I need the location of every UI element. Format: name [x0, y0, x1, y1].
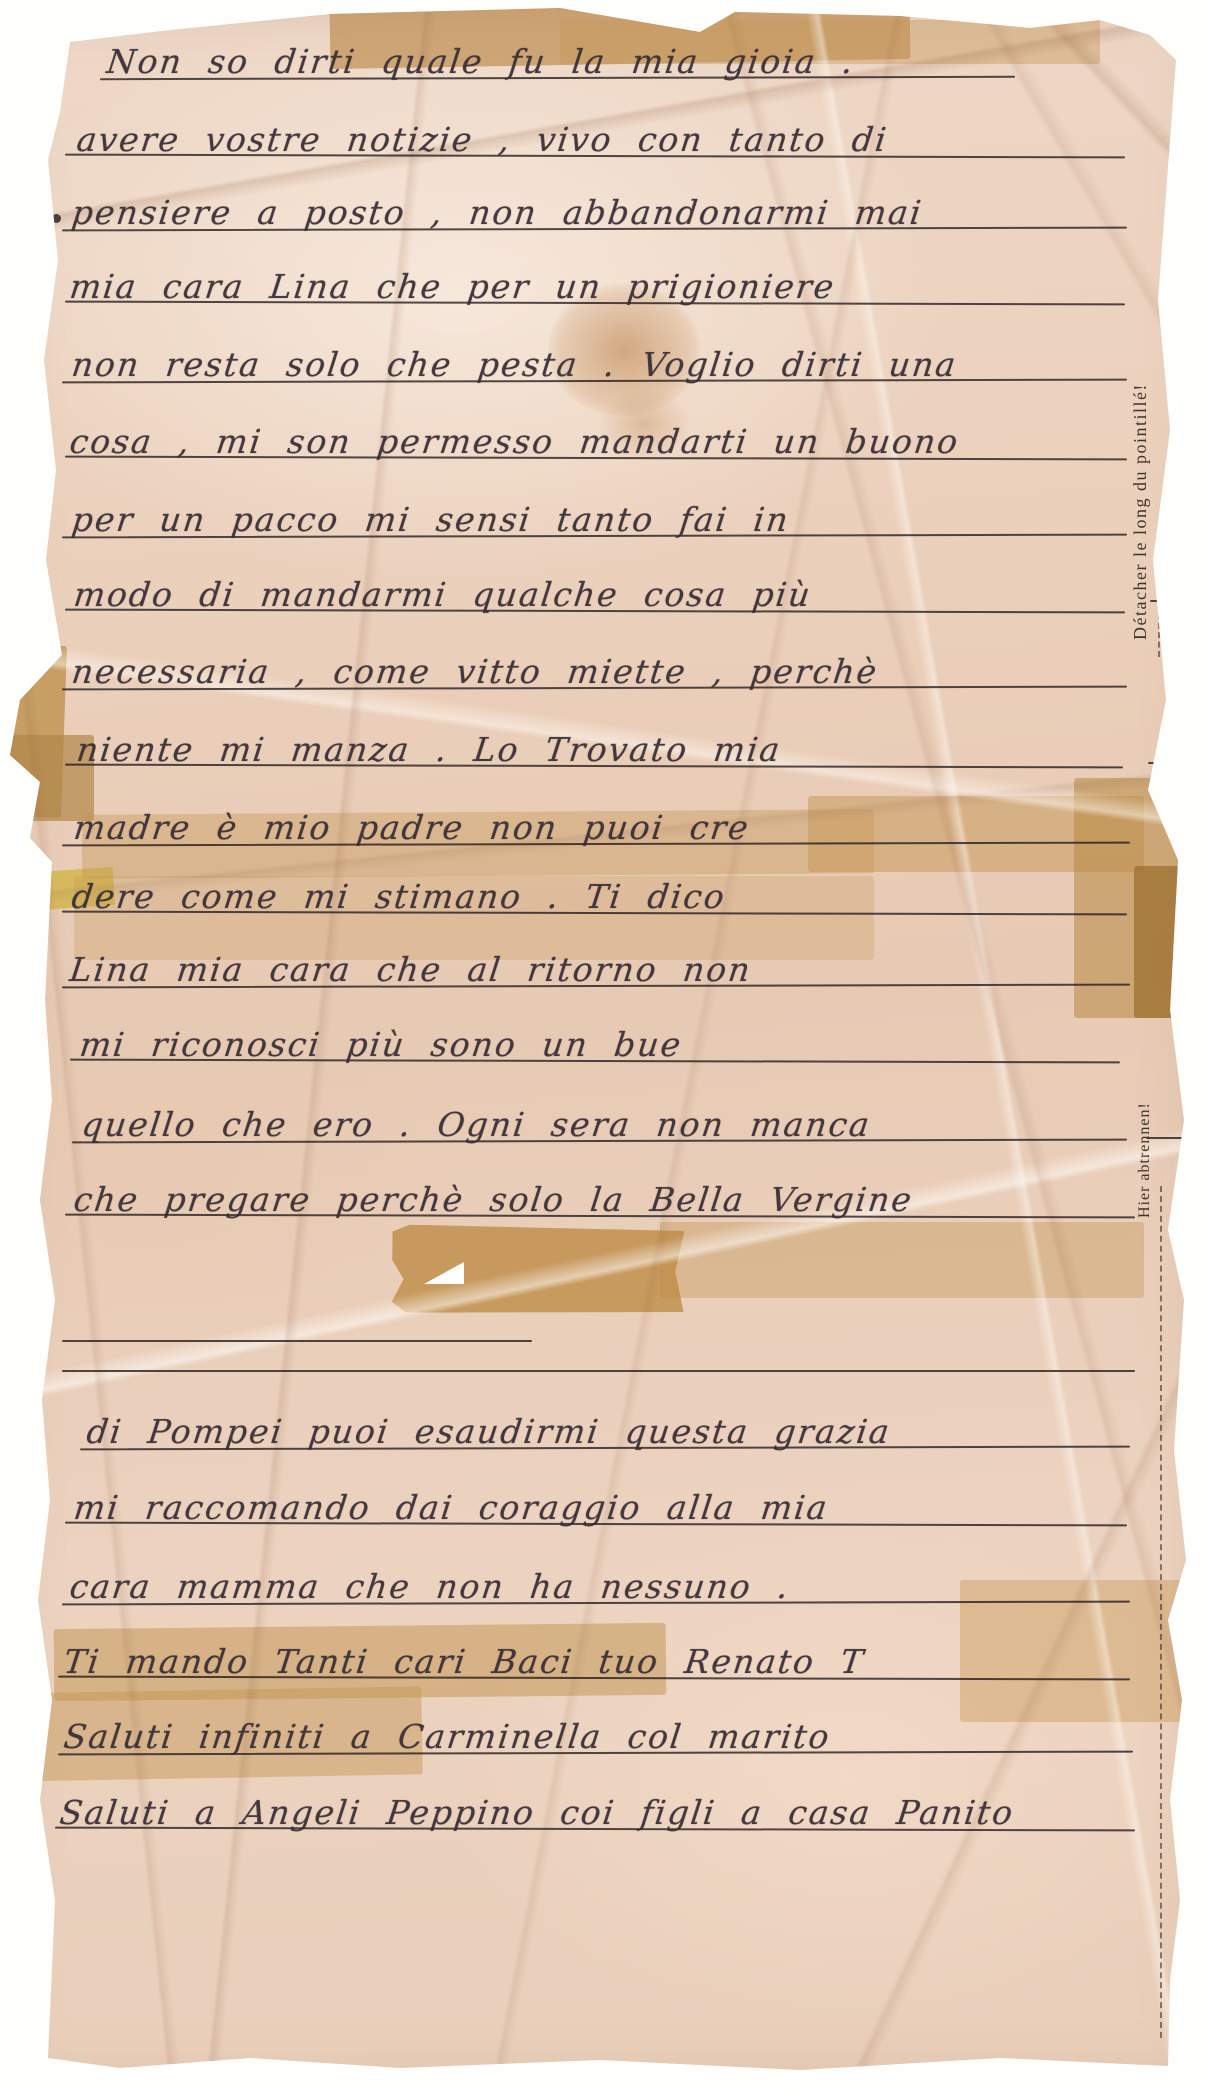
- tear-white-notch: [424, 1262, 464, 1284]
- handwritten-line: quello che ero . Ogni sera non manca: [80, 1083, 876, 1141]
- perforation-dashed-segment: [1158, 585, 1160, 657]
- tape-patch-center: [392, 1224, 685, 1315]
- handwritten-line: niente mi manza . Lo Trovato mia: [75, 708, 786, 766]
- handwritten-line: Ti mando Tanti cari Baci tuo Renato T: [62, 1620, 870, 1678]
- scanned-letter: Non so dirti quale fu la mia gioia .aver…: [0, 0, 1207, 2091]
- handwritten-line: avere vostre notizie , vivo con tanto di: [75, 98, 893, 156]
- handwritten-line: Saluti a Angeli Peppino coi figli a casa…: [58, 1771, 1019, 1829]
- tape-patch-right-edge: [1074, 778, 1184, 1018]
- ruled-line: [1150, 600, 1176, 602]
- tape-patch-left-edge: [1, 644, 67, 818]
- handwritten-line: pensiere a posto , non abbandonarmi mai: [70, 171, 928, 229]
- handwritten-line: mia cara Lina che per un prigioniere: [68, 245, 840, 303]
- perforation-dashed-line: [1160, 1186, 1162, 2038]
- handwritten-line: necessaria , come vitto miette , perchè: [70, 630, 883, 688]
- handwritten-line: mi raccomando dai coraggio alla mia: [72, 1466, 834, 1524]
- handwritten-line: cara mamma che non ha nessuno .: [68, 1545, 795, 1603]
- handwritten-line: cosa , mi son permesso mandarti un buono: [68, 400, 964, 458]
- tape-band-right: [808, 796, 1144, 872]
- side-note-french: Détacher le long du pointillé!: [1130, 280, 1151, 640]
- tape-patch-right-edge-dark: [1134, 866, 1186, 1018]
- letter-paper: Non so dirti quale fu la mia gioia .aver…: [0, 0, 1207, 2091]
- ruled-line: [62, 1370, 1135, 1372]
- handwritten-line: madre è mio padre non puoi cre: [72, 786, 755, 844]
- handwritten-line: Lina mia cara che al ritorno non: [68, 928, 757, 986]
- handwritten-line: mi riconosci più sono un bue: [78, 1003, 687, 1061]
- side-note-german: Hier abtrennen!: [1136, 1043, 1154, 1218]
- pencil-smudge: [1184, 1330, 1204, 1420]
- handwritten-line: Saluti infiniti a Carminella col marito: [62, 1695, 836, 1753]
- ruled-line: [1148, 762, 1182, 764]
- handwritten-line: non resta solo che pesta . Voglio dirti …: [70, 323, 962, 381]
- ruled-line: [62, 1340, 532, 1342]
- handwritten-line: di Pompei puoi esaudirmi questa grazia: [85, 1390, 896, 1448]
- handwritten-line: per un pacco mi sensi tanto fai in: [70, 478, 795, 536]
- handwritten-line: dere come mi stimano . Ti dico: [70, 855, 731, 913]
- handwritten-line: Non so dirti quale fu la mia gioia .: [105, 20, 860, 78]
- ink-dot: [52, 214, 61, 223]
- handwritten-line: che pregare perchè solo la Bella Vergine: [72, 1158, 918, 1216]
- handwritten-line: modo di mandarmi qualche cosa più: [72, 553, 817, 611]
- tape-band-center-right: [660, 1222, 1144, 1298]
